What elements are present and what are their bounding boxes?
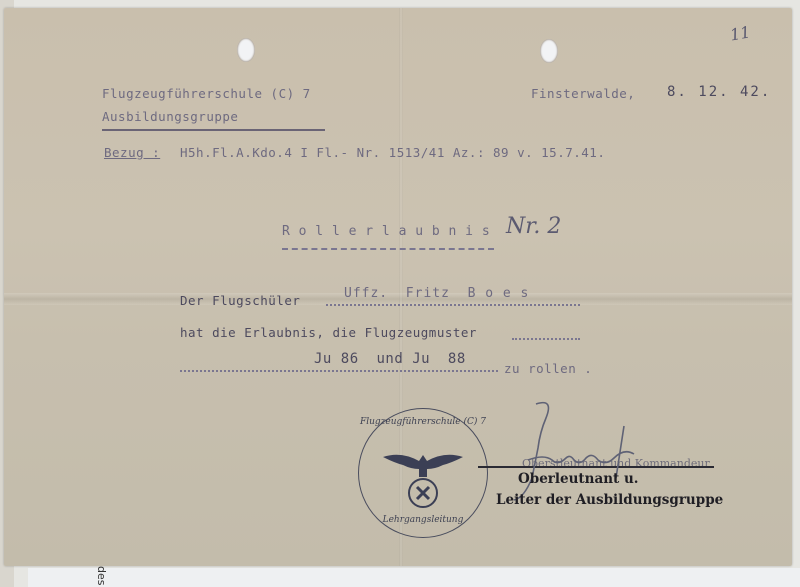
aircraft-types: Ju 86 und Ju 88 [314,351,466,367]
name-dotted-line [326,304,580,306]
body-line2: hat die Erlaubnis, die Flugzeugmuster [180,325,477,340]
underlying-page [28,568,800,587]
punch-hole-right [540,39,558,63]
aircraft-dotted-line-1 [512,338,580,340]
reference-label: Bezug : [104,145,160,160]
stamp-bottom-text: Lehrgangsleitung [359,515,487,525]
signer-rank: Oberleutnant u. [518,471,639,487]
unit-subdivision: Ausbildungsgruppe [102,109,238,124]
punch-hole-left [237,38,255,62]
document-title: R o l l e r l a u b n i s [282,224,490,239]
body-prefix: Der Flugschüler [180,293,300,308]
margin-note: 11 [729,22,752,44]
header-rule [102,129,325,131]
signer-position: Leiter der Ausbildungsgruppe [496,492,723,508]
underlying-page-text: des [95,566,108,585]
aircraft-dotted-line-2 [180,370,498,372]
stamp-top-text: Flugzeugführerschule (C) 7 [359,417,487,427]
date: 8. 12. 42. [667,84,771,100]
title-underline [282,248,494,250]
eagle-emblem-icon [381,443,465,513]
official-stamp: Flugzeugführerschule (C) 7 Lehrgangsleit… [358,408,488,538]
document-sheet: 11 Flugzeugführerschule (C) 7 Ausbildung… [4,8,792,566]
student-name: Uffz. Fritz B o e s [344,286,529,301]
handwritten-number: Nr. 2 [506,214,561,239]
body-suffix: zu rollen . [504,361,592,376]
reference-text: H5h.Fl.A.Kdo.4 I Fl.- Nr. 1513/41 Az.: 8… [180,145,605,160]
unit-name: Flugzeugführerschule (C) 7 [102,86,311,101]
place: Finsterwalde, [531,86,635,101]
